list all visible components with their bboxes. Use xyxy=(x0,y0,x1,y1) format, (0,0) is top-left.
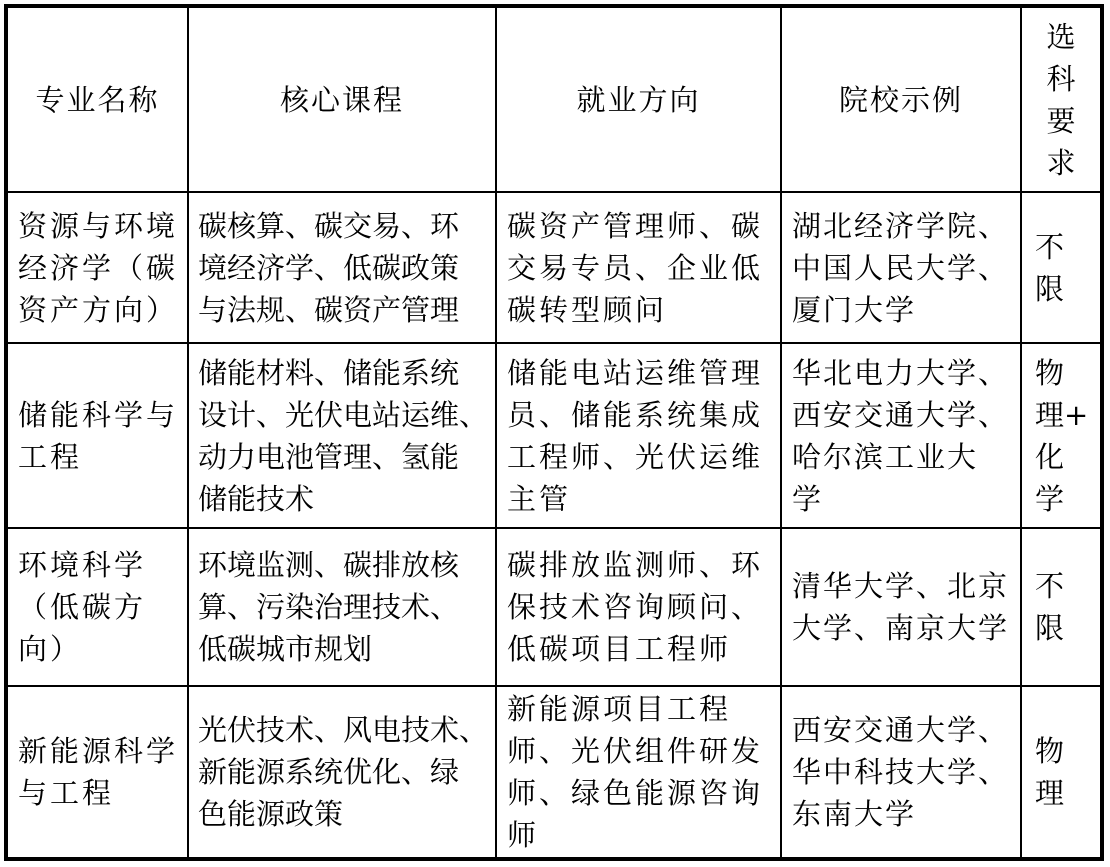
cell-subject-requirement: 物 理 xyxy=(1021,686,1102,859)
table-row: 资源与环境 经济学（碳 资产方向） 碳核算、碳交易、环 境经济学、低碳政策 与法… xyxy=(6,192,1102,343)
table-row: 储能科学与 工程 储能材料、储能系统 设计、光伏电站运维、 动力电池管理、氢能 … xyxy=(6,343,1102,528)
majors-table: 专业名称 核心课程 就业方向 院校示例 选 科 要 求 资源与环境 经济学（碳 … xyxy=(4,4,1104,861)
cell-core-courses: 储能材料、储能系统 设计、光伏电站运维、 动力电池管理、氢能 储能技术 xyxy=(188,343,496,528)
cell-major-name: 储能科学与 工程 xyxy=(6,343,188,528)
header-career-paths: 就业方向 xyxy=(496,6,781,192)
cell-major-name: 新能源科学 与工程 xyxy=(6,686,188,859)
cell-example-schools: 华北电力大学、 西安交通大学、 哈尔滨工业大 学 xyxy=(781,343,1021,528)
header-major-name: 专业名称 xyxy=(6,6,188,192)
cell-core-courses: 光伏技术、风电技术、 新能源系统优化、绿 色能源政策 xyxy=(188,686,496,859)
table-row: 新能源科学 与工程 光伏技术、风电技术、 新能源系统优化、绿 色能源政策 新能源… xyxy=(6,686,1102,859)
header-core-courses: 核心课程 xyxy=(188,6,496,192)
cell-core-courses: 环境监测、碳排放核 算、污染治理技术、 低碳城市规划 xyxy=(188,528,496,686)
cell-core-courses: 碳核算、碳交易、环 境经济学、低碳政策 与法规、碳资产管理 xyxy=(188,192,496,343)
cell-example-schools: 西安交通大学、 华中科技大学、 东南大学 xyxy=(781,686,1021,859)
cell-career-paths: 碳排放监测师、环 保技术咨询顾问、 低碳项目工程师 xyxy=(496,528,781,686)
cell-subject-requirement: 不 限 xyxy=(1021,528,1102,686)
cell-major-name: 环境科学 （低碳方 向） xyxy=(6,528,188,686)
cell-subject-requirement: 物 理+ 化 学 xyxy=(1021,343,1102,528)
cell-subject-requirement: 不 限 xyxy=(1021,192,1102,343)
table-header-row: 专业名称 核心课程 就业方向 院校示例 选 科 要 求 xyxy=(6,6,1102,192)
cell-career-paths: 新能源项目工程 师、光伏组件研发 师、绿色能源咨询 师 xyxy=(496,686,781,859)
cell-example-schools: 湖北经济学院、 中国人民大学、 厦门大学 xyxy=(781,192,1021,343)
header-example-schools: 院校示例 xyxy=(781,6,1021,192)
header-subject-requirement: 选 科 要 求 xyxy=(1021,6,1102,192)
cell-career-paths: 储能电站运维管理 员、储能系统集成 工程师、光伏运维 主管 xyxy=(496,343,781,528)
document-page: 专业名称 核心课程 就业方向 院校示例 选 科 要 求 资源与环境 经济学（碳 … xyxy=(0,0,1110,867)
table-row: 环境科学 （低碳方 向） 环境监测、碳排放核 算、污染治理技术、 低碳城市规划 … xyxy=(6,528,1102,686)
cell-example-schools: 清华大学、北京 大学、南京大学 xyxy=(781,528,1021,686)
cell-major-name: 资源与环境 经济学（碳 资产方向） xyxy=(6,192,188,343)
cell-career-paths: 碳资产管理师、碳 交易专员、企业低 碳转型顾问 xyxy=(496,192,781,343)
